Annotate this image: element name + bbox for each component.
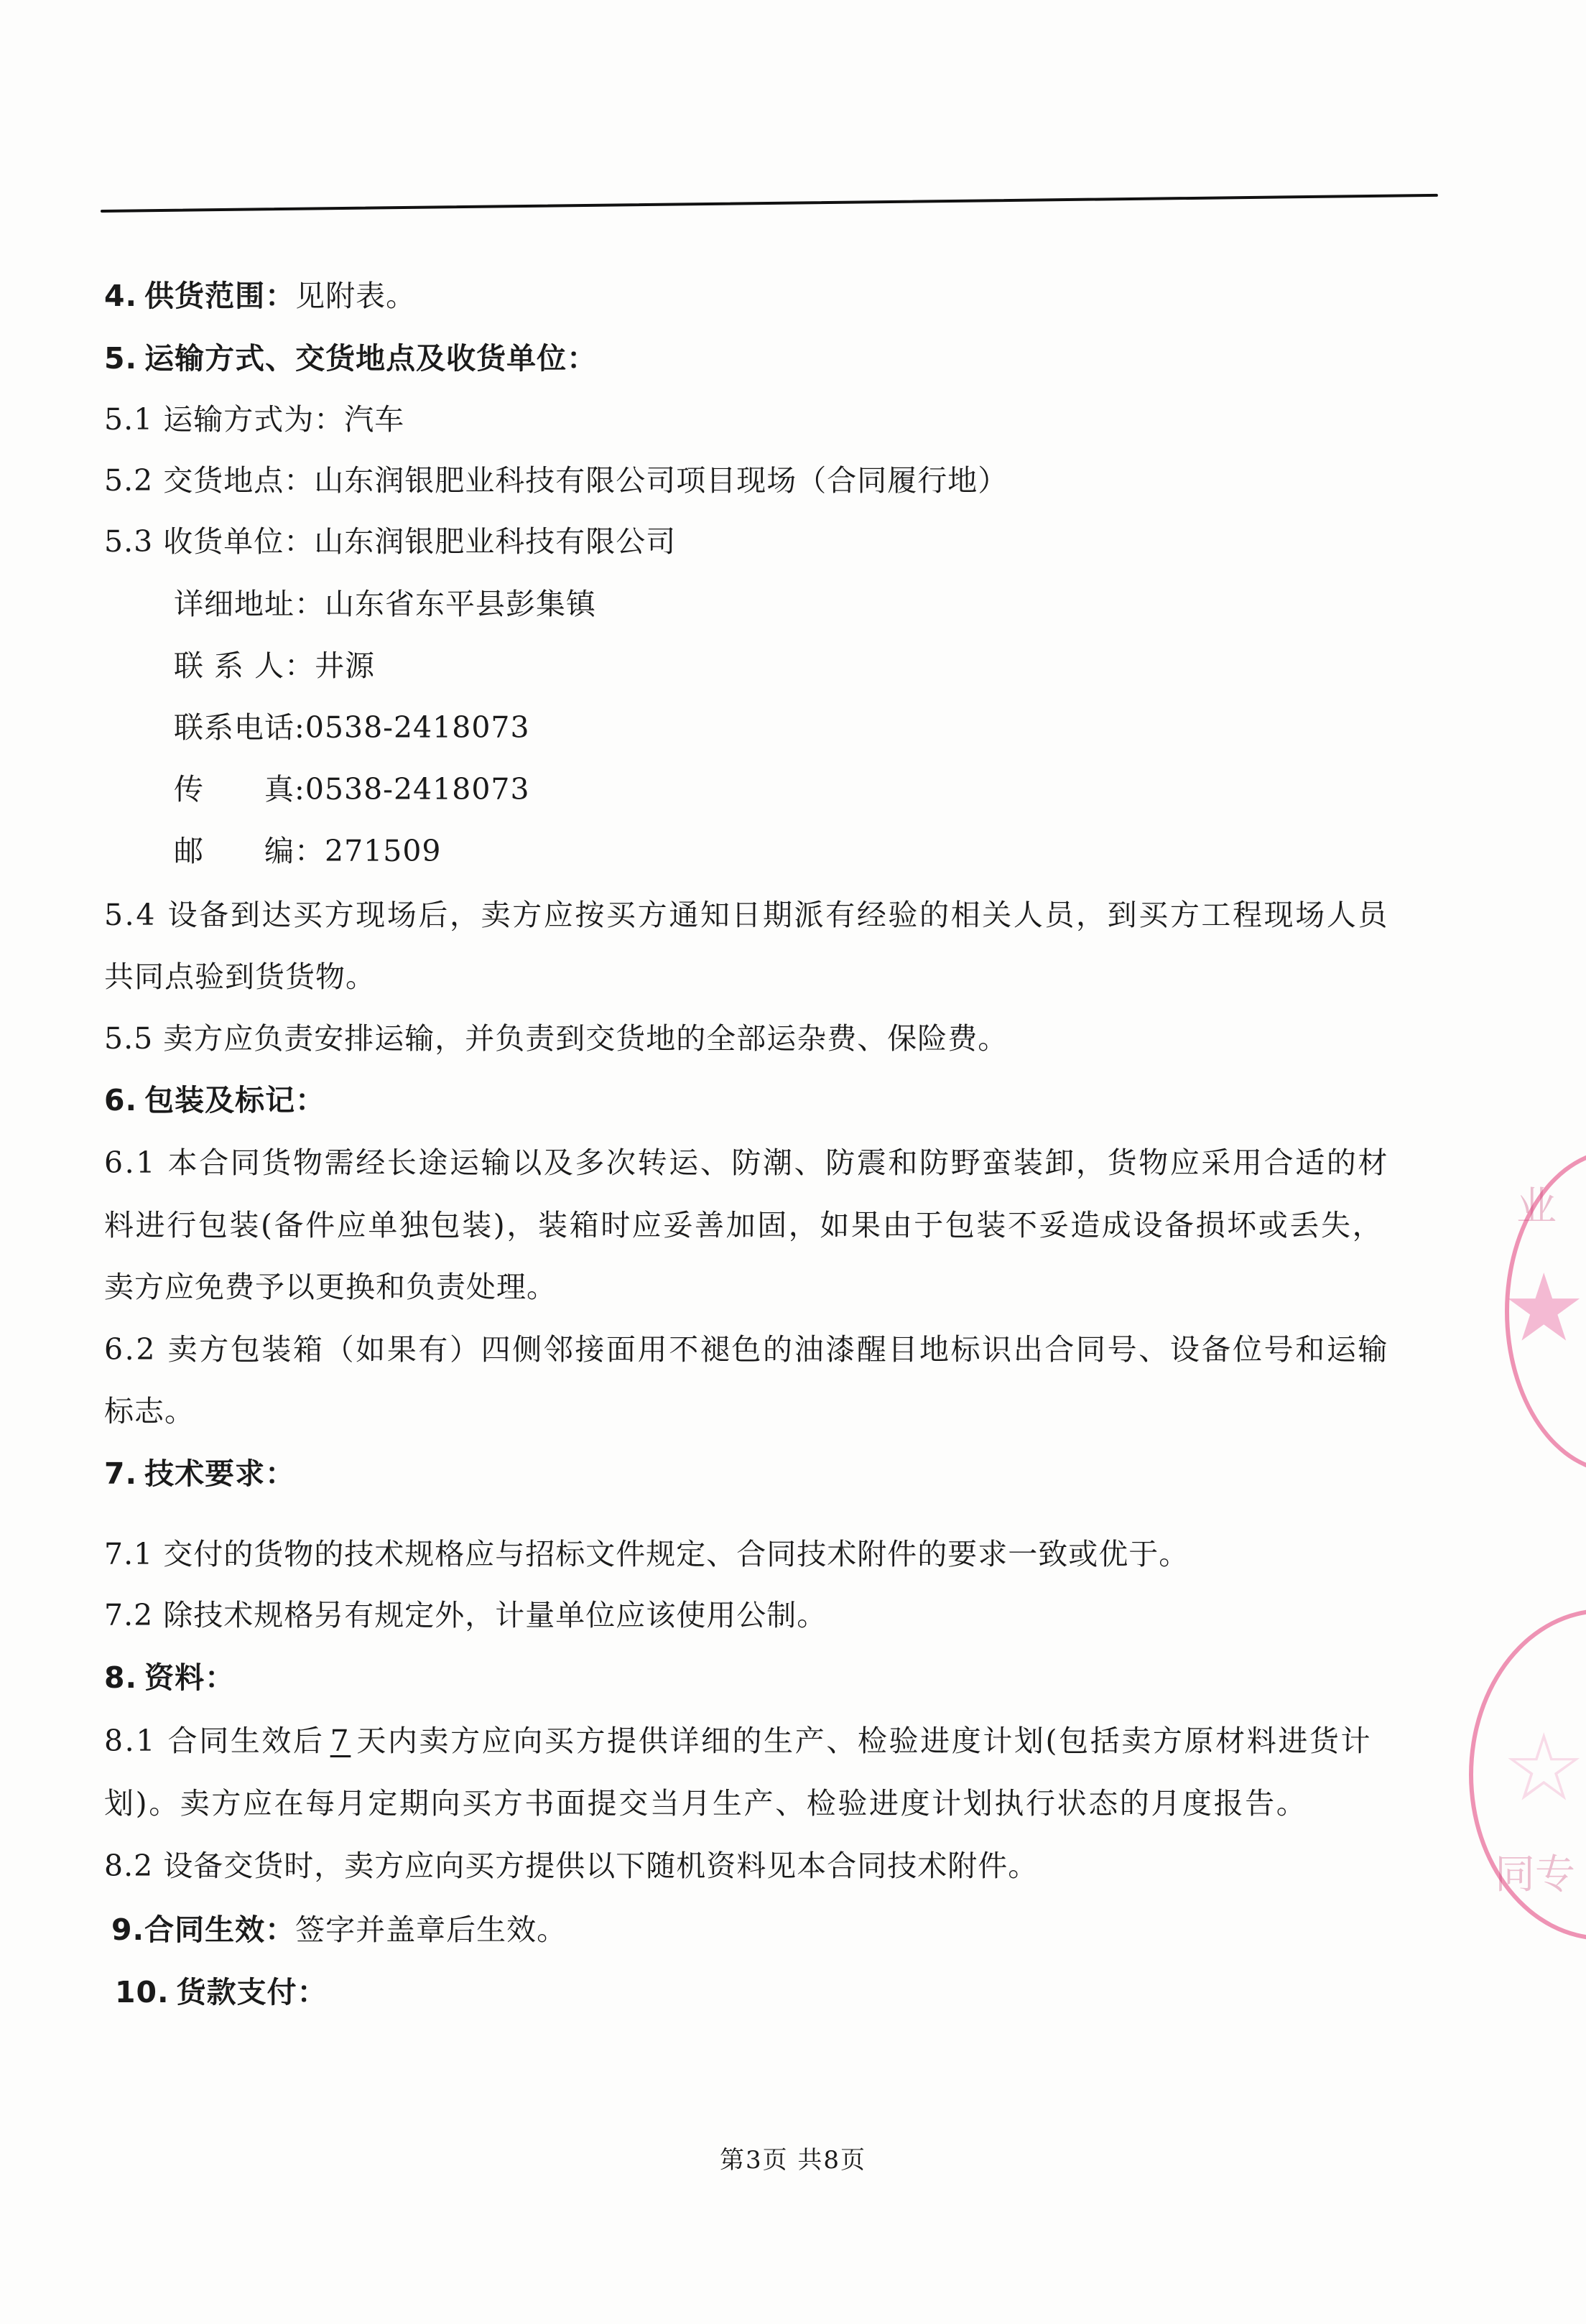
section-title: 技术要求： [144, 1456, 295, 1491]
clause-6-2-line1: 6.2 卖方包装箱（如果有）四侧邻接面用不褪色的油漆醒目地标识出合同号、设备位号… [104, 1332, 1389, 1367]
section-number: 4. [104, 279, 137, 313]
section-number: 5. [104, 341, 137, 376]
section-title: 资料： [144, 1660, 235, 1695]
fax-line: 传 真:0538-2418073 [174, 772, 530, 807]
section-title: 包装及标记： [144, 1083, 325, 1117]
clause-8-1-line1: 8.1 合同生效后7天内卖方应向买方提供详细的生产、检验进度计划(包括卖方原材料… [104, 1724, 1372, 1758]
address-line: 详细地址：山东省东平县彭集镇 [174, 587, 596, 621]
section-title: 合同生效： [144, 1912, 295, 1947]
clause-5-3: 5.3 收货单位：山东润银肥业科技有限公司 [104, 524, 676, 559]
clause-8-2: 8.2 设备交货时，卖方应向买方提供以下随机资料见本合同技术附件。 [104, 1849, 1038, 1883]
section-text: 签字并盖章后生效。 [295, 1912, 567, 1947]
days-value: 7 [325, 1724, 357, 1758]
section-number: 9. [111, 1912, 144, 1947]
section-6: 6.包装及标记： [104, 1083, 325, 1117]
star-icon: ★ [1502, 1261, 1586, 1354]
section-number: 7. [104, 1456, 137, 1491]
section-title: 供货范围： [144, 279, 295, 313]
clause-6-2-line2: 标志。 [104, 1394, 195, 1428]
section-5: 5.运输方式、交货地点及收货单位： [104, 341, 597, 376]
clause-5-5: 5.5 卖方应负责安排运输，并负责到交货地的全部运杂费、保险费。 [104, 1021, 1008, 1056]
clause-6-1-line1: 6.1 本合同货物需经长途运输以及多次转运、防潮、防震和防野蛮装卸，货物应采用合… [104, 1145, 1389, 1180]
clause-5-4-line1: 5.4 设备到达买方现场后，卖方应按买方通知日期派有经验的相关人员，到买方工程现… [104, 898, 1389, 932]
clause-8-1-line2: 划)。卖方应在每月定期向买方书面提交当月生产、检验进度计划执行状态的月度报告。 [104, 1786, 1307, 1821]
star-outline-icon: ☆ [1502, 1721, 1586, 1814]
section-number: 10. [115, 1975, 170, 2009]
section-10: 10.货款支付： [115, 1975, 328, 2009]
clause-6-1-line3: 卖方应免费予以更换和负责处理。 [104, 1270, 557, 1304]
contact-line: 联 系 人：井源 [174, 649, 375, 683]
section-title: 货款支付： [177, 1975, 328, 2009]
section-title: 运输方式、交货地点及收货单位： [144, 341, 597, 376]
section-9: 9.合同生效：签字并盖章后生效。 [111, 1912, 567, 1947]
section-7: 7.技术要求： [104, 1456, 295, 1491]
section-number: 8. [104, 1660, 137, 1695]
section-4: 4.供货范围：见附表。 [104, 279, 416, 313]
clause-6-1-line2: 料进行包装(备件应单独包装)，装箱时应妥善加固，如果由于包装不妥造成设备损坏或丢… [104, 1208, 1383, 1242]
section-text: 见附表。 [295, 279, 416, 313]
postcode-line: 邮 编：271509 [174, 834, 442, 868]
section-8: 8.资料： [104, 1660, 235, 1695]
clause-7-1: 7.1 交付的货物的技术规格应与招标文件规定、合同技术附件的要求一致或优于。 [104, 1537, 1189, 1571]
contract-seal-stamp: ☆ 同专 [1469, 1609, 1586, 1940]
company-seal-stamp: ★ 业 [1505, 1149, 1586, 1474]
clause-5-2: 5.2 交货地点：山东润银肥业科技有限公司项目现场（合同履行地） [104, 463, 1008, 498]
clause-5-4-line2: 共同点验到货货物。 [104, 959, 376, 994]
section-number: 6. [104, 1083, 137, 1117]
clause-7-2: 7.2 除技术规格另有规定外，计量单位应该使用公制。 [104, 1598, 827, 1632]
page-number: 第3页 共8页 [0, 2140, 1586, 2175]
clause-5-1: 5.1 运输方式为：汽车 [104, 402, 404, 437]
header-rule [101, 194, 1438, 213]
phone-line: 联系电话:0538-2418073 [174, 710, 530, 745]
